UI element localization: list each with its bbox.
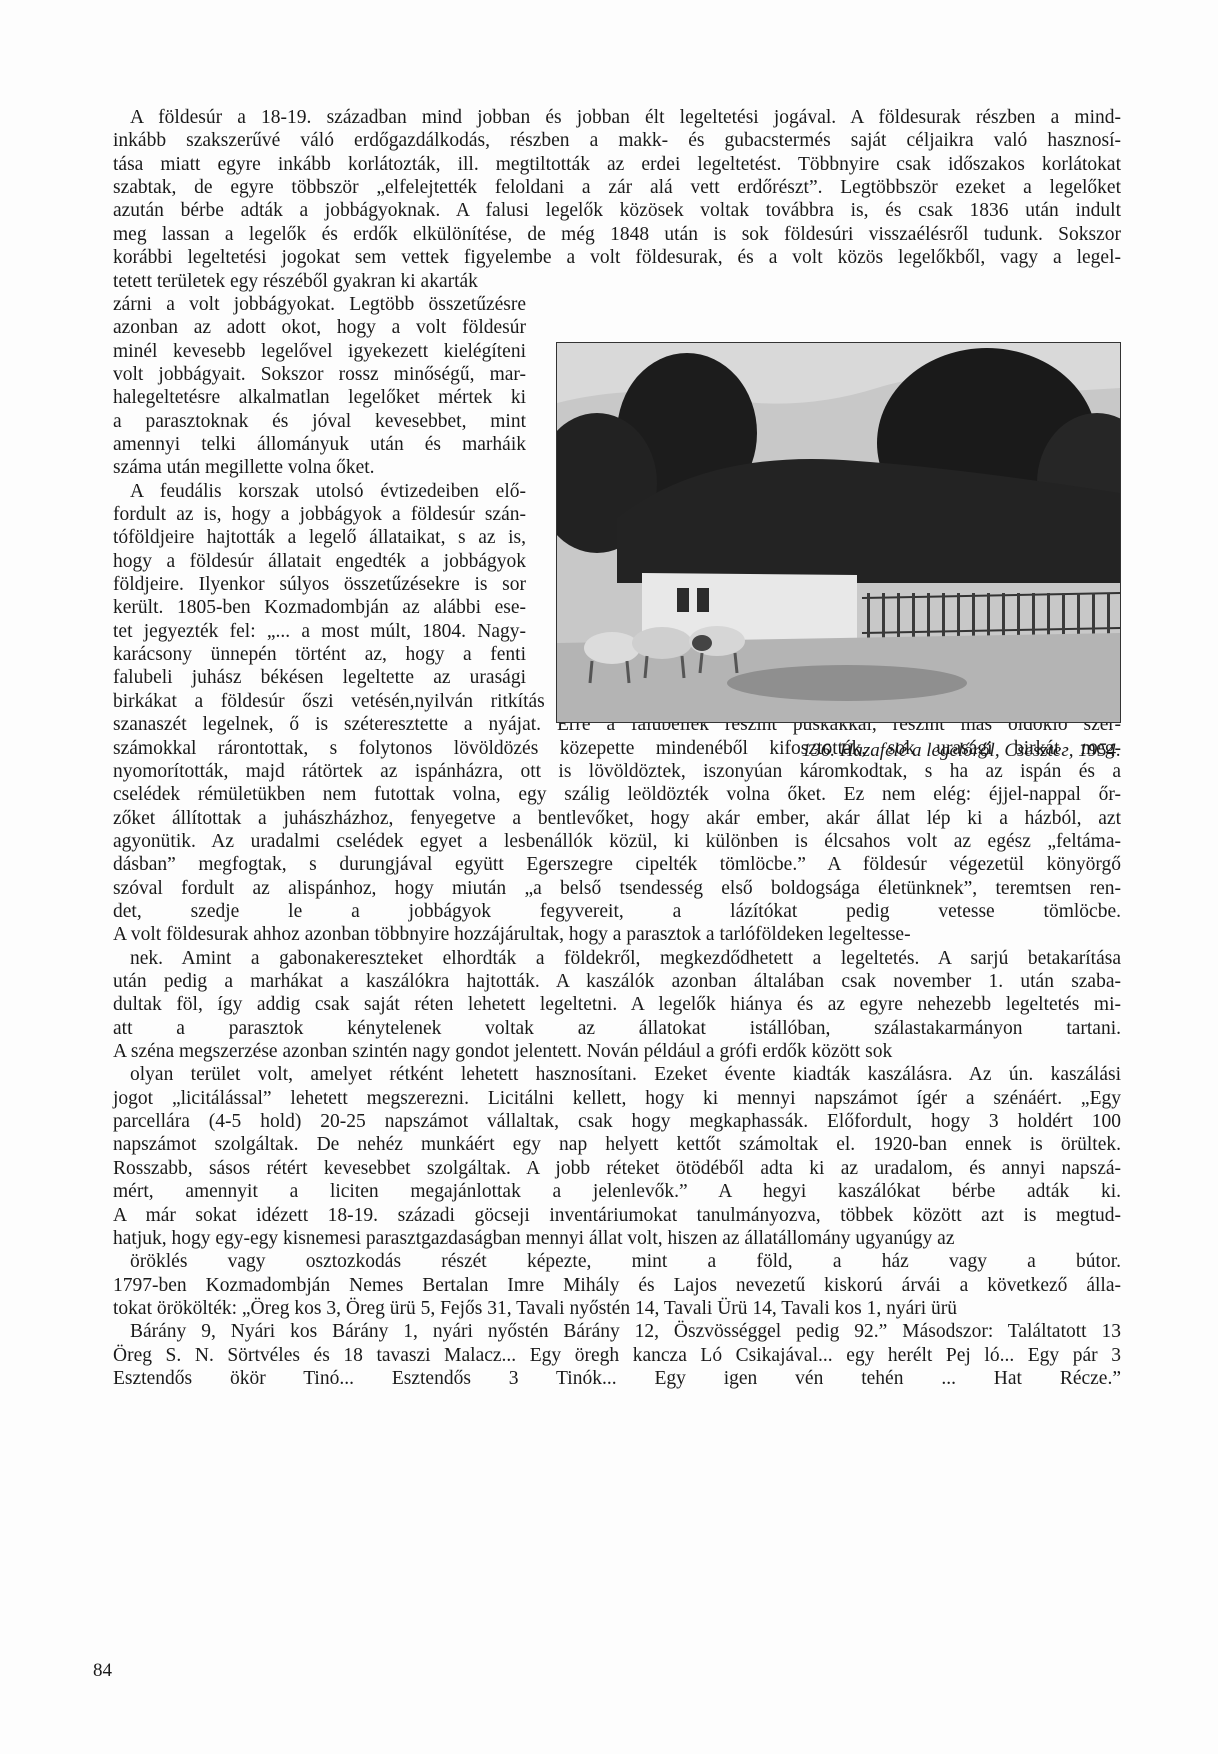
text-line: karácsony ünnepén történt az, hogy a fen…	[113, 643, 526, 666]
text-line: volt jobbágyait. Sokszor rossz minőségű,…	[113, 363, 526, 386]
text-line: cselédek rémületükben nem futottak volna…	[113, 783, 1121, 806]
text-line: szabtak, de egyre többször „elfelejtetté…	[113, 176, 1121, 199]
text-line: Esztendős ökör Tinó... Esztendős 3 Tinók…	[113, 1367, 1121, 1390]
text-line: szóval fordult az alispánhoz, hogy miutá…	[113, 877, 1121, 900]
text-line: amennyi telki állományuk után és marháik	[113, 433, 526, 456]
text-line: dásban” megfogtak, s durungjával együtt …	[113, 853, 1121, 876]
text-line: minél kevesebb legelővel igyekezett kiel…	[113, 340, 526, 363]
text-line: A volt földesurak ahhoz azonban többnyir…	[113, 923, 1121, 946]
text-line: A már sokat idézett 18-19. századi göcse…	[113, 1204, 1121, 1227]
photo-image	[557, 343, 1120, 722]
text-line: után pedig a marhákat a kaszálókra hajto…	[113, 970, 1121, 993]
text-line: tása miatt egyre inkább korlátozták, ill…	[113, 153, 1121, 176]
text-line: a parasztoknak és jóval kevesebbet, mint	[113, 410, 526, 433]
text-line: zárni a volt jobbágyokat. Legtöbb összet…	[113, 293, 526, 316]
text-line: napszámot szolgáltak. De nehéz munkáért …	[113, 1133, 1121, 1156]
text-line: A széna megszerzése azonban szintén nagy…	[113, 1040, 1121, 1063]
text-line: tet jegyezték fel: „... a most múlt, 180…	[113, 620, 526, 643]
text-line: öröklés vagy osztozkodás részét képezte,…	[113, 1250, 1121, 1273]
text-line: korábbi legeltetési jogokat sem vettek f…	[113, 246, 1121, 269]
figure-photo	[556, 342, 1121, 723]
figure-caption: 136. Hazafelé a legelőről, Csesztег, 195…	[556, 740, 1121, 762]
text-line: azonban az adott okot, hogy a volt földe…	[113, 316, 526, 339]
text-line: került. 1805-ben Kozmadombján az alábbi …	[113, 596, 526, 619]
text-line: parcellára (4-5 hold) 20-25 napszámot vá…	[113, 1110, 1121, 1133]
text-line: fordult az is, hogy a jobbágyok a földes…	[113, 503, 526, 526]
text-line: zőket állítottak a juhászházhoz, fenyege…	[113, 807, 1121, 830]
text-line: halegeltetésre alkalmatlan legelőket mér…	[113, 386, 526, 409]
text-line: A feudális korszak utolsó évtizedeiben e…	[113, 480, 526, 503]
text-line: olyan terület volt, amelyet rétként lehe…	[113, 1063, 1121, 1086]
text-line: mért, amennyit a liciten megajánlottak a…	[113, 1180, 1121, 1203]
text-line: száma után megillette volna őket.	[113, 456, 526, 479]
text-line: dultak föl, így addig csak saját réten l…	[113, 993, 1121, 1016]
text-line: jogot „licitálással” lehetett megszerezn…	[113, 1087, 1121, 1110]
text-line: tokat örökölték: „Öreg kos 3, Öreg ürü 5…	[113, 1297, 1121, 1320]
text-line: Rosszabb, sásos rétért kevesebbet szolgá…	[113, 1157, 1121, 1180]
text-line: falubeli juhász békésen legeltette az ur…	[113, 666, 526, 689]
text-line: azután bérbe adták a jobbágyoknak. A fal…	[113, 199, 1121, 222]
text-line: hogy a földesúr állatait engedték a jobb…	[113, 550, 526, 573]
text-line: Öreg S. N. Sörtvéles és 18 tavaszi Malac…	[113, 1344, 1121, 1367]
text-line: nyomorították, majd rátörtek az ispánház…	[113, 760, 1121, 783]
text-line: agyonütik. Az uradalmi cselédek egyet a …	[113, 830, 1121, 853]
text-line: inkább szakszerűvé váló erdőgazdálkodás,…	[113, 129, 1121, 152]
text-line: 1797-ben Kozmadombján Nemes Bertalan Imr…	[113, 1274, 1121, 1297]
text-line: att a parasztok kénytelenek voltak az ál…	[113, 1017, 1121, 1040]
text-line: det, szedje le a jobbágyok fegyvereit, a…	[113, 900, 1121, 923]
page-number: 84	[93, 1660, 112, 1682]
text-line: nek. Amint a gabonakereszteket elhordták…	[113, 947, 1121, 970]
text-line: hatjuk, hogy egy-egy kisnemesi parasztga…	[113, 1227, 1121, 1250]
book-page: A földesúr a 18-19. században mind jobba…	[0, 0, 1218, 1754]
text-line: meg lassan a legelők és erdők elkülöníté…	[113, 223, 1121, 246]
text-line: Bárány 9, Nyári kos Bárány 1, nyári nyős…	[113, 1320, 1121, 1343]
text-line: tóföldjeire hajtották a legelő állataika…	[113, 526, 526, 549]
text-line: tetett területek egy részéből gyakran ki…	[113, 270, 526, 293]
text-line: földjeire. Ilyenkor súlyos összetűzésekr…	[113, 573, 526, 596]
text-line: A földesúr a 18-19. században mind jobba…	[113, 106, 1121, 129]
